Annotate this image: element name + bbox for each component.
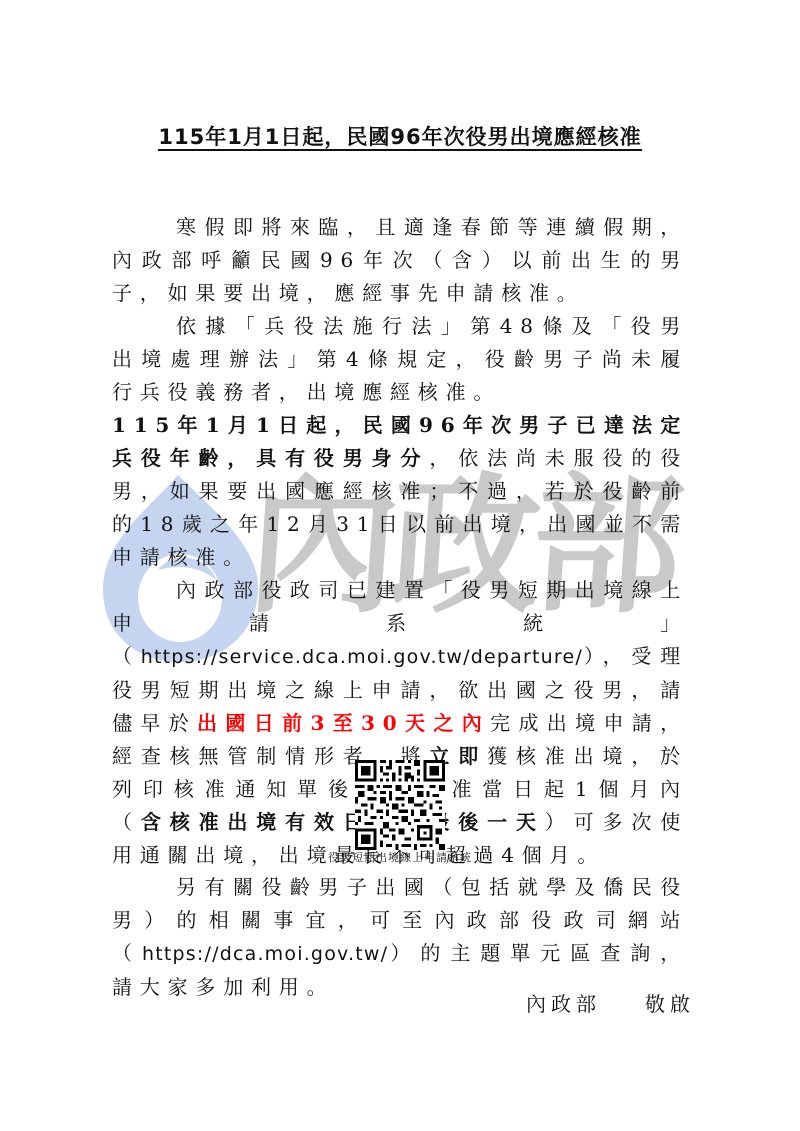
paragraph-2: 依據「兵役法施行法」第48條及「役男出境處理辦法」第4條規定，役齡男子尚未履行兵… <box>112 310 688 409</box>
qr-code-caption: 役男短期出境線上申請系統 <box>0 851 800 865</box>
signature-closing: 敬啟 <box>645 988 695 1020</box>
bold-segment: 含核准出境有效日期的最後一天 <box>141 810 545 834</box>
document-title: 115年1月1日起，民國96年次役男出境應經核准 <box>0 121 800 153</box>
text-segment: 寒假即將來臨，且適逢春節等連續假期，內政部呼籲民國96年次（含）以前出生的男子，… <box>112 215 688 305</box>
text-segment: 內政部役政司已建置「役男短期出境線上申請系統」 <box>112 578 688 635</box>
closing-paragraph: 另有關役齡男子出國（包括就學及僑民役男）的相關事宜，可至內政部役政司網站（htt… <box>112 871 688 1004</box>
dca-website-link[interactable]: https://dca.moi.gov.tw/ <box>142 943 388 965</box>
red-highlight-segment: 出國日前3至30天之內 <box>197 711 490 735</box>
signature-organization: 內政部 <box>526 988 601 1020</box>
text-segment: （ <box>112 644 141 668</box>
paragraph-5: 另有關役齡男子出國（包括就學及僑民役男）的相關事宜，可至內政部役政司網站（htt… <box>112 871 688 1004</box>
text-segment: 依據「兵役法施行法」第48條及「役男出境處理辦法」第4條規定，役齡男子尚未履行兵… <box>112 314 688 404</box>
paragraph-1: 寒假即將來臨，且適逢春節等連續假期，內政部呼籲民國96年次（含）以前出生的男子，… <box>112 211 688 310</box>
departure-system-link[interactable]: https://service.dca.moi.gov.tw/departure… <box>141 646 583 668</box>
paragraph-3: 115年1月1日起，民國96年次男子已達法定兵役年齡，具有役男身分，依法尚未服役… <box>112 409 688 574</box>
qr-code-icon[interactable] <box>355 760 445 850</box>
document-page: 115年1月1日起，民國96年次役男出境應經核准 寒假即將來臨，且適逢春節等連續… <box>0 0 800 1131</box>
title-text: 115年1月1日起，民國96年次役男出境應經核准 <box>158 125 641 151</box>
